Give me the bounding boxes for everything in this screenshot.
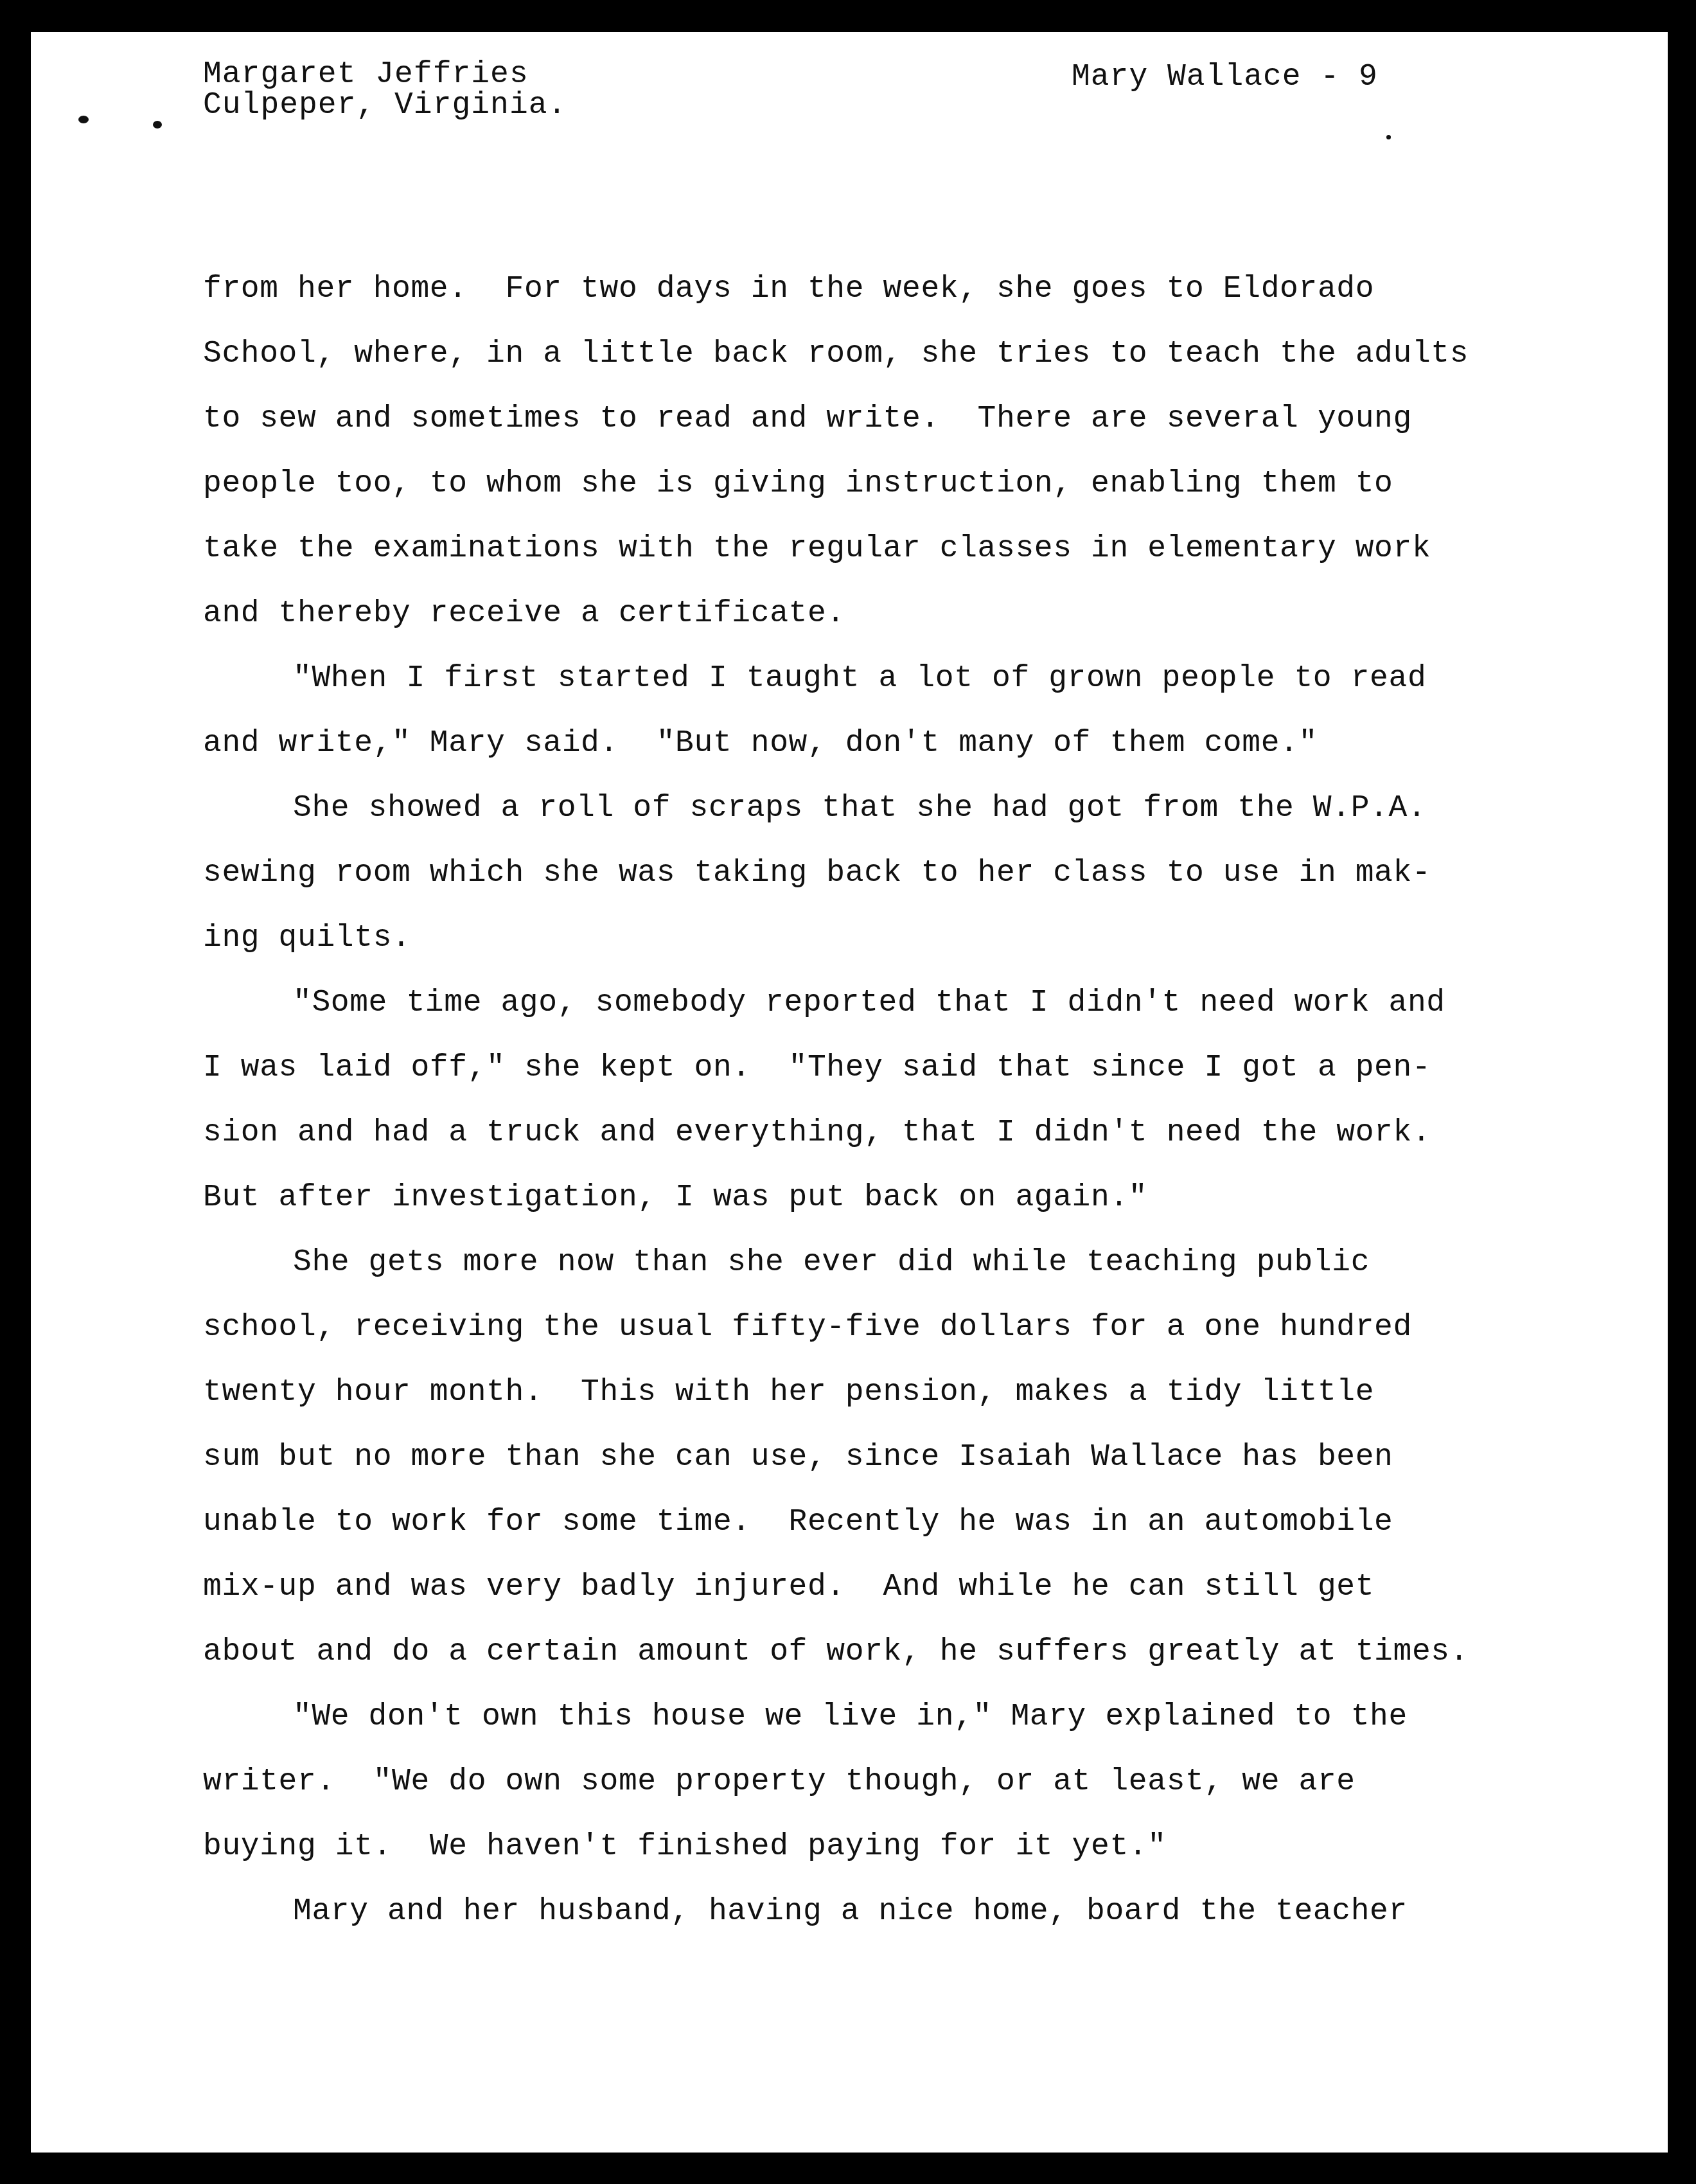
body-text: from her home. For two days in the week,…: [203, 257, 1552, 1944]
text-line: writer. "We do own some property though,…: [203, 1750, 1552, 1815]
text-line: and thereby receive a certificate.: [203, 582, 1552, 646]
author-block: Margaret Jeffries Culpeper, Virginia.: [203, 59, 567, 121]
text-line: "Some time ago, somebody reported that I…: [203, 971, 1552, 1036]
text-line: twenty hour month. This with her pension…: [203, 1360, 1552, 1425]
ink-speck: [153, 121, 162, 129]
text-line: sum but no more than she can use, since …: [203, 1425, 1552, 1490]
text-line: mix-up and was very badly injured. And w…: [203, 1555, 1552, 1620]
text-line: School, where, in a little back room, sh…: [203, 322, 1552, 387]
text-line: and write," Mary said. "But now, don't m…: [203, 711, 1552, 776]
text-line: unable to work for some time. Recently h…: [203, 1490, 1552, 1555]
text-line: She gets more now than she ever did whil…: [203, 1230, 1552, 1295]
text-line: take the examinations with the regular c…: [203, 517, 1552, 582]
text-line: sion and had a truck and everything, tha…: [203, 1101, 1552, 1166]
author-name: Margaret Jeffries: [203, 59, 567, 90]
text-line: school, receiving the usual fifty-five d…: [203, 1295, 1552, 1360]
text-line: ing quilts.: [203, 906, 1552, 971]
text-line: "We don't own this house we live in," Ma…: [203, 1685, 1552, 1750]
author-location: Culpeper, Virginia.: [203, 90, 567, 121]
text-line: from her home. For two days in the week,…: [203, 257, 1552, 322]
text-line: She showed a roll of scraps that she had…: [203, 776, 1552, 841]
text-line: buying it. We haven't finished paying fo…: [203, 1815, 1552, 1879]
text-line: I was laid off," she kept on. "They said…: [203, 1036, 1552, 1101]
text-line: sewing room which she was taking back to…: [203, 841, 1552, 906]
ink-speck: [1386, 135, 1391, 139]
text-line: But after investigation, I was put back …: [203, 1166, 1552, 1230]
text-line: people too, to whom she is giving instru…: [203, 452, 1552, 517]
text-line: "When I first started I taught a lot of …: [203, 646, 1552, 711]
text-line: to sew and sometimes to read and write. …: [203, 387, 1552, 452]
text-line: Mary and her husband, having a nice home…: [203, 1879, 1552, 1944]
document-page: Margaret Jeffries Culpeper, Virginia. Ma…: [31, 32, 1668, 2153]
ink-speck: [78, 116, 89, 123]
text-line: about and do a certain amount of work, h…: [203, 1620, 1552, 1685]
page-title: Mary Wallace - 9: [1072, 62, 1378, 93]
